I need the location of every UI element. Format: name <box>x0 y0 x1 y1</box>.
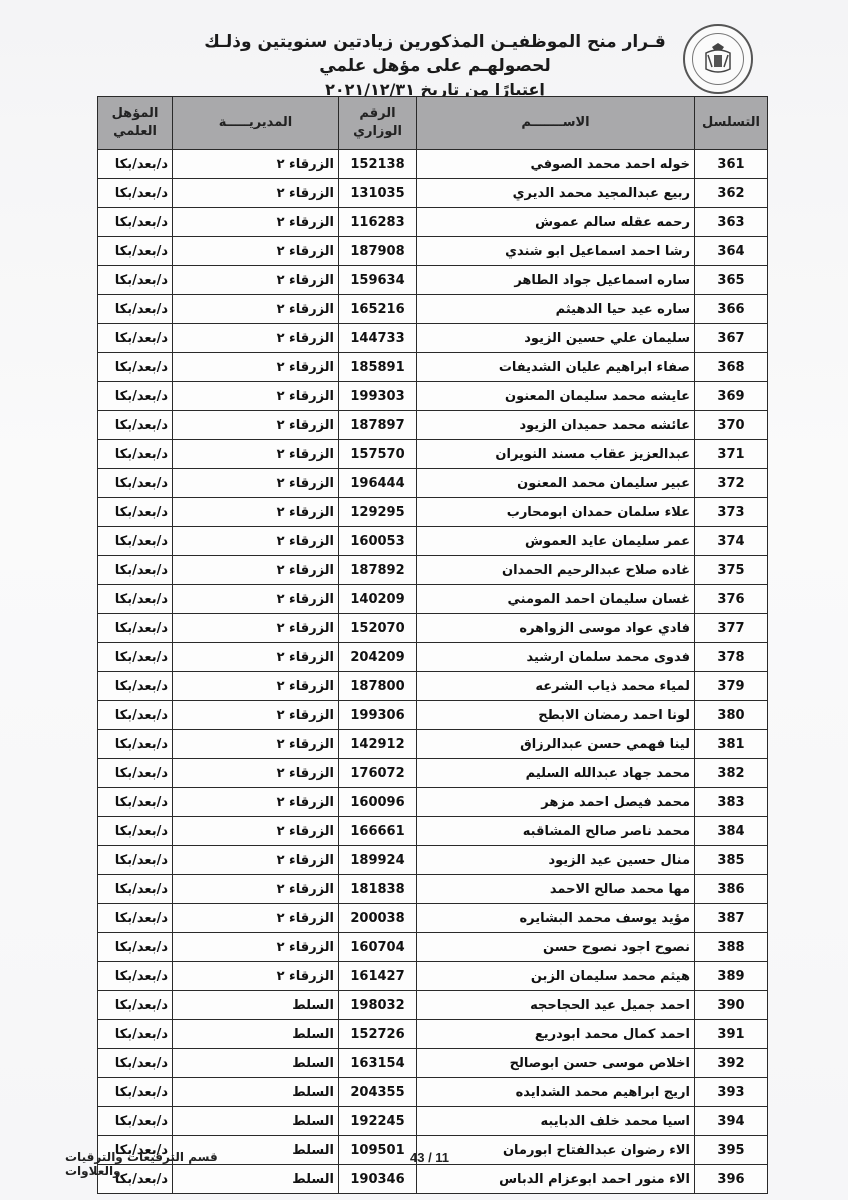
table-row: 369عايشه محمد سليمان المعنون199303الزرقا… <box>98 382 768 411</box>
table-row: 374عمر سليمان عايد العموش160053الزرقاء ٢… <box>98 527 768 556</box>
serial-cell: 373 <box>695 498 768 527</box>
name-cell: عايشه محمد سليمان المعنون <box>417 382 695 411</box>
serial-cell: 389 <box>695 962 768 991</box>
table-row: 367سليمان علي حسين الزيود144733الزرقاء ٢… <box>98 324 768 353</box>
directorate-cell: الزرقاء ٢ <box>173 933 339 962</box>
directorate-cell: الزرقاء ٢ <box>173 904 339 933</box>
serial-cell: 366 <box>695 295 768 324</box>
qualification-cell: د/بعد/بكا <box>98 440 173 469</box>
ministry-id-cell: 187897 <box>339 411 417 440</box>
qualification-cell: د/بعد/بكا <box>98 846 173 875</box>
serial-cell: 377 <box>695 614 768 643</box>
qualification-cell: د/بعد/بكا <box>98 962 173 991</box>
table-header-row: التسلسل الاســـــــم الرقم الوزاري المدي… <box>98 97 768 150</box>
table-row: 368صفاء ابراهيم عليان الشديفات185891الزر… <box>98 353 768 382</box>
qualification-cell: د/بعد/بكا <box>98 179 173 208</box>
ministry-id-cell: 109501 <box>339 1136 417 1165</box>
table-row: 388نصوح اجود نصوح حسن160704الزرقاء ٢د/بع… <box>98 933 768 962</box>
title-line-1: قـرار منح الموظفيـن المذكورين زيادتين سن… <box>200 30 670 78</box>
table-row: 386مها محمد صالح الاحمد181838الزرقاء ٢د/… <box>98 875 768 904</box>
qualification-header-line-2: العلمي <box>98 123 172 141</box>
ministry-id-cell: 165216 <box>339 295 417 324</box>
table-row: 361خوله احمد محمد الصوفي152138الزرقاء ٢د… <box>98 150 768 179</box>
directorate-cell: الزرقاء ٢ <box>173 179 339 208</box>
ministry-id-cell: 190346 <box>339 1165 417 1194</box>
qualification-header-line-1: المؤهل <box>98 105 172 123</box>
name-cell: اسيا محمد خلف الدبايبه <box>417 1107 695 1136</box>
ministry-id-cell: 160096 <box>339 788 417 817</box>
directorate-cell: السلط <box>173 1020 339 1049</box>
serial-cell: 390 <box>695 991 768 1020</box>
serial-cell: 395 <box>695 1136 768 1165</box>
ministry-id-cell: 157570 <box>339 440 417 469</box>
ministry-id-cell: 199303 <box>339 382 417 411</box>
serial-cell: 374 <box>695 527 768 556</box>
qualification-cell: د/بعد/بكا <box>98 295 173 324</box>
qualification-cell: د/بعد/بكا <box>98 324 173 353</box>
qualification-cell: د/بعد/بكا <box>98 730 173 759</box>
name-cell: سليمان علي حسين الزيود <box>417 324 695 353</box>
name-cell: محمد جهاد عبدالله السليم <box>417 759 695 788</box>
name-cell: خوله احمد محمد الصوفي <box>417 150 695 179</box>
qualification-cell: د/بعد/بكا <box>98 353 173 382</box>
directorate-cell: الزرقاء ٢ <box>173 759 339 788</box>
name-cell: اريج ابراهيم محمد الشدايده <box>417 1078 695 1107</box>
ministry-id-cell: 189924 <box>339 846 417 875</box>
table-row: 370عائشه محمد حميدان الزيود187897الزرقاء… <box>98 411 768 440</box>
directorate-cell: الزرقاء ٢ <box>173 701 339 730</box>
table-row: 391احمد كمال محمد ابودريع152726السلطد/بع… <box>98 1020 768 1049</box>
directorate-cell: الزرقاء ٢ <box>173 469 339 498</box>
column-header-directorate: المديريـــــة <box>173 97 339 150</box>
column-header-qualification: المؤهل العلمي <box>98 97 173 150</box>
directorate-cell: الزرقاء ٢ <box>173 295 339 324</box>
name-cell: محمد ناصر صالح المشاقبه <box>417 817 695 846</box>
ministry-id-cell: 152726 <box>339 1020 417 1049</box>
serial-cell: 363 <box>695 208 768 237</box>
page-number: 43 / 11 <box>410 1150 449 1165</box>
directorate-cell: الزرقاء ٢ <box>173 962 339 991</box>
name-cell: غسان سليمان احمد المومني <box>417 585 695 614</box>
qualification-cell: د/بعد/بكا <box>98 1049 173 1078</box>
name-cell: مها محمد صالح الاحمد <box>417 875 695 904</box>
serial-cell: 383 <box>695 788 768 817</box>
serial-cell: 364 <box>695 237 768 266</box>
serial-cell: 385 <box>695 846 768 875</box>
name-cell: عمر سليمان عايد العموش <box>417 527 695 556</box>
name-cell: رشا احمد اسماعيل ابو شندي <box>417 237 695 266</box>
qualification-cell: د/بعد/بكا <box>98 556 173 585</box>
qualification-cell: د/بعد/بكا <box>98 817 173 846</box>
name-cell: فادي عواد موسى الزواهره <box>417 614 695 643</box>
qualification-cell: د/بعد/بكا <box>98 614 173 643</box>
directorate-cell: الزرقاء ٢ <box>173 266 339 295</box>
qualification-cell: د/بعد/بكا <box>98 208 173 237</box>
name-cell: عبير سليمان محمد المعنون <box>417 469 695 498</box>
qualification-cell: د/بعد/بكا <box>98 527 173 556</box>
ministry-id-cell: 152070 <box>339 614 417 643</box>
directorate-cell: السلط <box>173 1107 339 1136</box>
ministry-id-cell: 161427 <box>339 962 417 991</box>
table-row: 375غاده صلاح عبدالرحيم الحمدان187892الزر… <box>98 556 768 585</box>
directorate-cell: الزرقاء ٢ <box>173 846 339 875</box>
table-row: 383محمد فيصل احمد مزهر160096الزرقاء ٢د/ب… <box>98 788 768 817</box>
name-cell: ساره عيد حيا الدهيثم <box>417 295 695 324</box>
directorate-cell: الزرقاء ٢ <box>173 150 339 179</box>
table-row: 387مؤيد يوسف محمد البشايره200038الزرقاء … <box>98 904 768 933</box>
name-cell: عائشه محمد حميدان الزيود <box>417 411 695 440</box>
ministry-id-cell: 185891 <box>339 353 417 382</box>
directorate-cell: الزرقاء ٢ <box>173 817 339 846</box>
table-row: 390احمد جميل عيد الحجاحجه198032السلطد/بع… <box>98 991 768 1020</box>
ministry-id-cell: 140209 <box>339 585 417 614</box>
directorate-cell: الزرقاء ٢ <box>173 614 339 643</box>
qualification-cell: د/بعد/بكا <box>98 266 173 295</box>
serial-cell: 382 <box>695 759 768 788</box>
table-row: 366ساره عيد حيا الدهيثم165216الزرقاء ٢د/… <box>98 295 768 324</box>
name-cell: لونا احمد رمضان الابطح <box>417 701 695 730</box>
table-row: 380لونا احمد رمضان الابطح199306الزرقاء ٢… <box>98 701 768 730</box>
table-row: 363رحمه عقله سالم عموش116283الزرقاء ٢د/ب… <box>98 208 768 237</box>
footer-department: قسم الترفيعات والترقيات والعلاوات <box>65 1150 265 1178</box>
employee-table: التسلسل الاســـــــم الرقم الوزاري المدي… <box>97 96 768 1194</box>
ministry-id-cell: 129295 <box>339 498 417 527</box>
ministry-id-cell: 159634 <box>339 266 417 295</box>
directorate-cell: الزرقاء ٢ <box>173 672 339 701</box>
serial-cell: 386 <box>695 875 768 904</box>
table-row: 371عبدالعزيز عقاب مسند النويران157570الز… <box>98 440 768 469</box>
ministry-id-cell: 160704 <box>339 933 417 962</box>
name-cell: ربيع عبدالمجيد محمد الديري <box>417 179 695 208</box>
directorate-cell: السلط <box>173 1049 339 1078</box>
qualification-cell: د/بعد/بكا <box>98 904 173 933</box>
ministry-id-cell: 176072 <box>339 759 417 788</box>
ministry-id-cell: 187892 <box>339 556 417 585</box>
name-cell: الاء رضوان عبدالفتاح ابورمان <box>417 1136 695 1165</box>
serial-cell: 370 <box>695 411 768 440</box>
serial-cell: 367 <box>695 324 768 353</box>
ministry-id-header-line-2: الوزاري <box>339 123 416 141</box>
serial-cell: 384 <box>695 817 768 846</box>
serial-cell: 392 <box>695 1049 768 1078</box>
directorate-cell: الزرقاء ٢ <box>173 643 339 672</box>
ministry-id-cell: 142912 <box>339 730 417 759</box>
qualification-cell: د/بعد/بكا <box>98 933 173 962</box>
serial-cell: 393 <box>695 1078 768 1107</box>
ministry-id-cell: 204209 <box>339 643 417 672</box>
ministry-id-cell: 116283 <box>339 208 417 237</box>
serial-cell: 379 <box>695 672 768 701</box>
ministry-id-cell: 131035 <box>339 179 417 208</box>
ministry-id-cell: 200038 <box>339 904 417 933</box>
name-cell: فدوى محمد سلمان ارشيد <box>417 643 695 672</box>
directorate-cell: الزرقاء ٢ <box>173 411 339 440</box>
ministry-id-header-line-1: الرقم <box>339 105 416 123</box>
name-cell: ساره اسماعيل جواد الطاهر <box>417 266 695 295</box>
document-title: قـرار منح الموظفيـن المذكورين زيادتين سن… <box>200 30 670 102</box>
table-row: 384محمد ناصر صالح المشاقبه166661الزرقاء … <box>98 817 768 846</box>
serial-cell: 391 <box>695 1020 768 1049</box>
serial-cell: 376 <box>695 585 768 614</box>
serial-cell: 365 <box>695 266 768 295</box>
qualification-cell: د/بعد/بكا <box>98 1078 173 1107</box>
emblem-inner <box>692 33 744 85</box>
qualification-cell: د/بعد/بكا <box>98 1020 173 1049</box>
serial-cell: 394 <box>695 1107 768 1136</box>
qualification-cell: د/بعد/بكا <box>98 585 173 614</box>
serial-cell: 381 <box>695 730 768 759</box>
name-cell: احمد كمال محمد ابودريع <box>417 1020 695 1049</box>
directorate-cell: الزرقاء ٢ <box>173 788 339 817</box>
directorate-cell: الزرقاء ٢ <box>173 440 339 469</box>
ministry-id-cell: 187800 <box>339 672 417 701</box>
serial-cell: 362 <box>695 179 768 208</box>
table-row: 385منال حسين عيد الزيود189924الزرقاء ٢د/… <box>98 846 768 875</box>
qualification-cell: د/بعد/بكا <box>98 991 173 1020</box>
qualification-cell: د/بعد/بكا <box>98 759 173 788</box>
serial-cell: 372 <box>695 469 768 498</box>
table-row: 392اخلاص موسى حسن ابوصالح163154السلطد/بع… <box>98 1049 768 1078</box>
table-row: 394اسيا محمد خلف الدبايبه192245السلطد/بع… <box>98 1107 768 1136</box>
qualification-cell: د/بعد/بكا <box>98 701 173 730</box>
name-cell: صفاء ابراهيم عليان الشديفات <box>417 353 695 382</box>
table-row: 373علاء سلمان حمدان ابومحارب129295الزرقا… <box>98 498 768 527</box>
directorate-cell: الزرقاء ٢ <box>173 237 339 266</box>
qualification-cell: د/بعد/بكا <box>98 382 173 411</box>
serial-cell: 378 <box>695 643 768 672</box>
name-cell: احمد جميل عيد الحجاحجه <box>417 991 695 1020</box>
table-row: 365ساره اسماعيل جواد الطاهر159634الزرقاء… <box>98 266 768 295</box>
ministry-id-cell: 199306 <box>339 701 417 730</box>
table-row: 393اريج ابراهيم محمد الشدايده204355السلط… <box>98 1078 768 1107</box>
name-cell: محمد فيصل احمد مزهر <box>417 788 695 817</box>
directorate-cell: الزرقاء ٢ <box>173 556 339 585</box>
directorate-cell: الزرقاء ٢ <box>173 353 339 382</box>
directorate-cell: الزرقاء ٢ <box>173 730 339 759</box>
table-row: 372عبير سليمان محمد المعنون196444الزرقاء… <box>98 469 768 498</box>
ministry-id-cell: 163154 <box>339 1049 417 1078</box>
table-body: 361خوله احمد محمد الصوفي152138الزرقاء ٢د… <box>98 150 768 1194</box>
qualification-cell: د/بعد/بكا <box>98 788 173 817</box>
directorate-cell: الزرقاء ٢ <box>173 527 339 556</box>
name-cell: رحمه عقله سالم عموش <box>417 208 695 237</box>
column-header-serial: التسلسل <box>695 97 768 150</box>
directorate-cell: السلط <box>173 1078 339 1107</box>
crown-shield-icon <box>700 41 736 77</box>
qualification-cell: د/بعد/بكا <box>98 1107 173 1136</box>
directorate-cell: الزرقاء ٢ <box>173 498 339 527</box>
directorate-cell: الزرقاء ٢ <box>173 382 339 411</box>
document-page: قـرار منح الموظفيـن المذكورين زيادتين سن… <box>0 0 848 1200</box>
name-cell: نصوح اجود نصوح حسن <box>417 933 695 962</box>
ministry-id-cell: 181838 <box>339 875 417 904</box>
qualification-cell: د/بعد/بكا <box>98 469 173 498</box>
name-cell: غاده صلاح عبدالرحيم الحمدان <box>417 556 695 585</box>
name-cell: هيثم محمد سليمان الزبن <box>417 962 695 991</box>
qualification-cell: د/بعد/بكا <box>98 411 173 440</box>
table-row: 376غسان سليمان احمد المومني140209الزرقاء… <box>98 585 768 614</box>
column-header-name: الاســـــــم <box>417 97 695 150</box>
directorate-cell: الزرقاء ٢ <box>173 324 339 353</box>
name-cell: لينا فهمي حسن عبدالرزاق <box>417 730 695 759</box>
serial-cell: 387 <box>695 904 768 933</box>
table-row: 382محمد جهاد عبدالله السليم176072الزرقاء… <box>98 759 768 788</box>
serial-cell: 368 <box>695 353 768 382</box>
table-row: 378فدوى محمد سلمان ارشيد204209الزرقاء ٢د… <box>98 643 768 672</box>
name-cell: اخلاص موسى حسن ابوصالح <box>417 1049 695 1078</box>
serial-cell: 369 <box>695 382 768 411</box>
serial-cell: 371 <box>695 440 768 469</box>
qualification-cell: د/بعد/بكا <box>98 237 173 266</box>
ministry-id-cell: 160053 <box>339 527 417 556</box>
ministry-id-cell: 204355 <box>339 1078 417 1107</box>
name-cell: عبدالعزيز عقاب مسند النويران <box>417 440 695 469</box>
table-row: 362ربيع عبدالمجيد محمد الديري131035الزرق… <box>98 179 768 208</box>
ministry-id-cell: 196444 <box>339 469 417 498</box>
qualification-cell: د/بعد/بكا <box>98 498 173 527</box>
ministry-id-cell: 192245 <box>339 1107 417 1136</box>
table-row: 389هيثم محمد سليمان الزبن161427الزرقاء ٢… <box>98 962 768 991</box>
qualification-cell: د/بعد/بكا <box>98 643 173 672</box>
ministry-id-cell: 198032 <box>339 991 417 1020</box>
serial-cell: 375 <box>695 556 768 585</box>
serial-cell: 380 <box>695 701 768 730</box>
name-cell: علاء سلمان حمدان ابومحارب <box>417 498 695 527</box>
column-header-ministry-id: الرقم الوزاري <box>339 97 417 150</box>
directorate-cell: الزرقاء ٢ <box>173 208 339 237</box>
name-cell: الاء منور احمد ابوعزام الدباس <box>417 1165 695 1194</box>
directorate-cell: الزرقاء ٢ <box>173 585 339 614</box>
name-cell: منال حسين عيد الزيود <box>417 846 695 875</box>
table-row: 364رشا احمد اسماعيل ابو شندي187908الزرقا… <box>98 237 768 266</box>
qualification-cell: د/بعد/بكا <box>98 672 173 701</box>
directorate-cell: السلط <box>173 991 339 1020</box>
table-row: 379لمياء محمد ذياب الشرعه187800الزرقاء ٢… <box>98 672 768 701</box>
table-row: 381لينا فهمي حسن عبدالرزاق142912الزرقاء … <box>98 730 768 759</box>
serial-cell: 388 <box>695 933 768 962</box>
ministry-id-cell: 152138 <box>339 150 417 179</box>
qualification-cell: د/بعد/بكا <box>98 875 173 904</box>
serial-cell: 361 <box>695 150 768 179</box>
qualification-cell: د/بعد/بكا <box>98 150 173 179</box>
name-cell: مؤيد يوسف محمد البشايره <box>417 904 695 933</box>
ministry-emblem-icon <box>683 24 753 94</box>
ministry-id-cell: 187908 <box>339 237 417 266</box>
ministry-id-cell: 166661 <box>339 817 417 846</box>
table-row: 377فادي عواد موسى الزواهره152070الزرقاء … <box>98 614 768 643</box>
name-cell: لمياء محمد ذياب الشرعه <box>417 672 695 701</box>
directorate-cell: الزرقاء ٢ <box>173 875 339 904</box>
ministry-id-cell: 144733 <box>339 324 417 353</box>
serial-cell: 396 <box>695 1165 768 1194</box>
